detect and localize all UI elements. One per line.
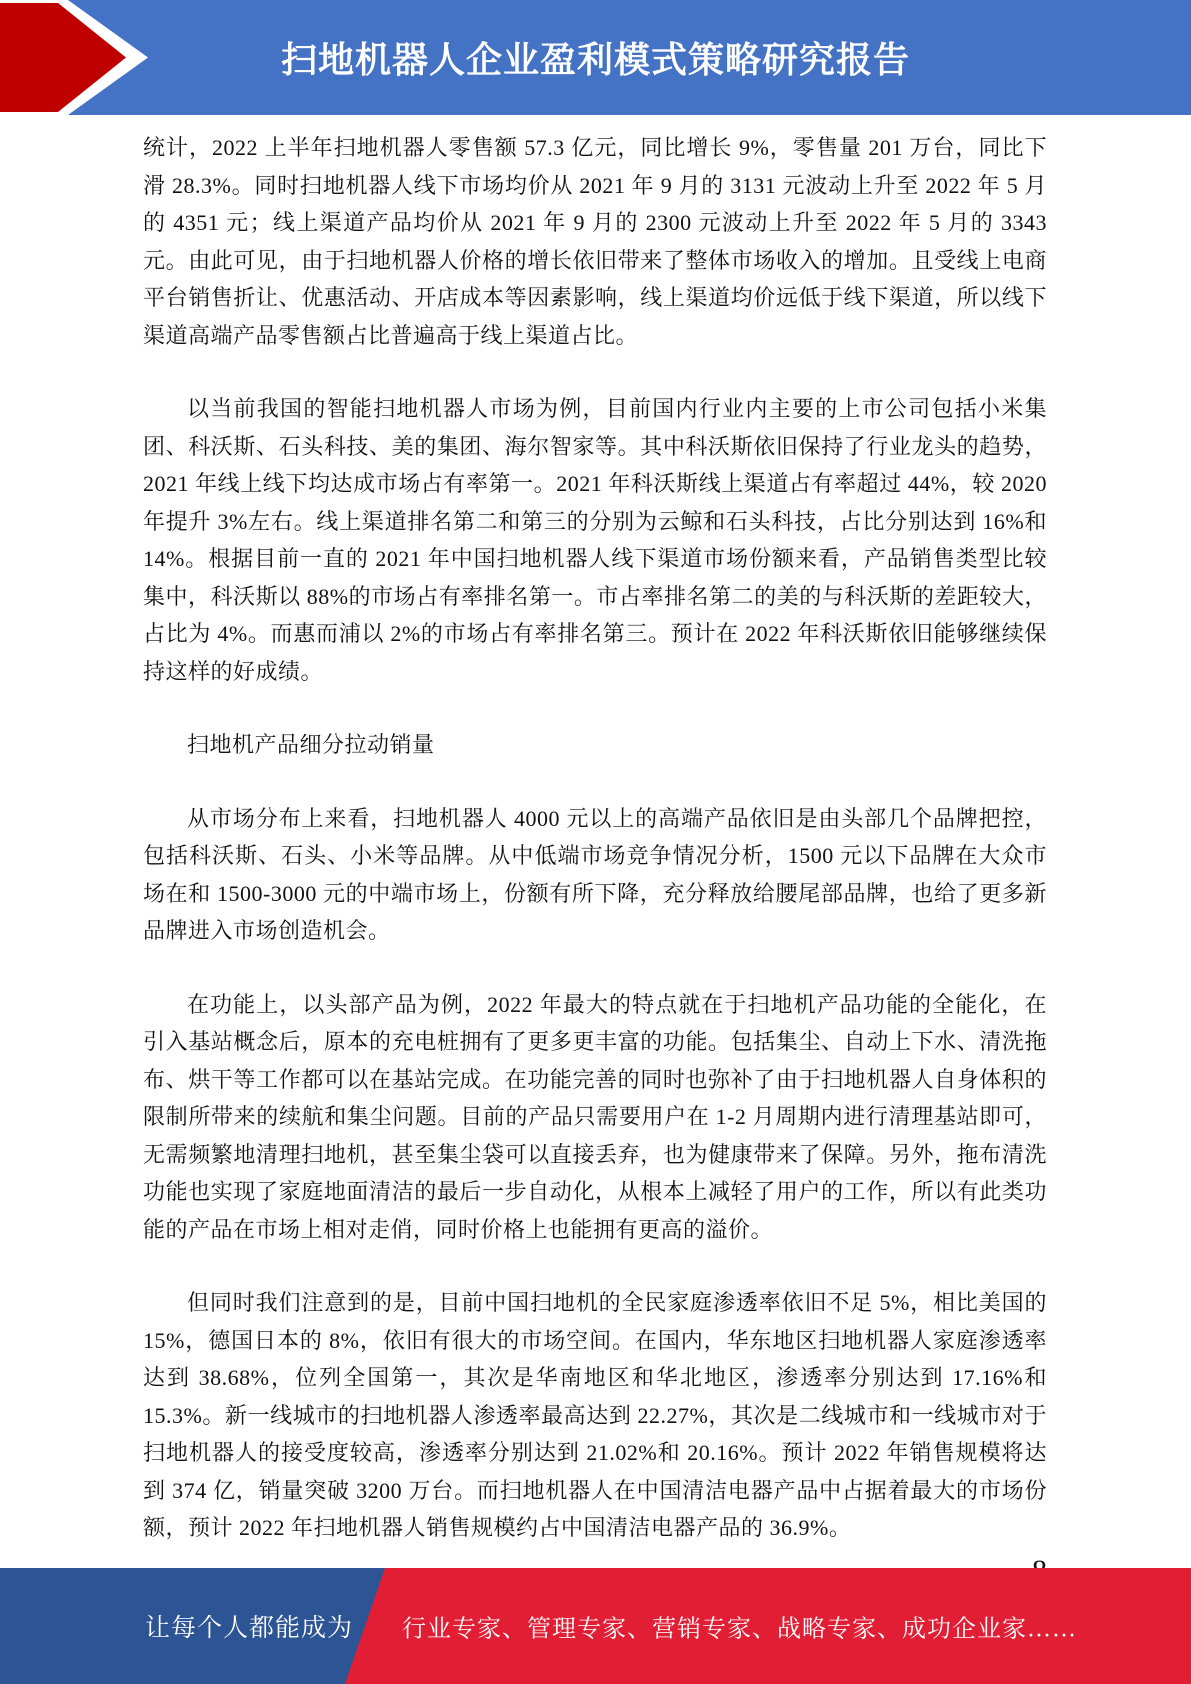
section-heading: 扫地机产品细分拉动销量 bbox=[143, 726, 1047, 764]
paragraph: 从市场分布上来看，扫地机器人 4000 元以上的高端产品依旧是由头部几个品牌把控… bbox=[143, 800, 1047, 950]
paragraph: 在功能上，以头部产品为例，2022 年最大的特点就在于扫地机产品功能的全能化，在… bbox=[143, 986, 1047, 1249]
header-banner: 扫地机器人企业盈利模式策略研究报告 bbox=[0, 0, 1191, 115]
document-body: 统计，2022 上半年扫地机器人零售额 57.3 亿元，同比增长 9%，零售量 … bbox=[0, 115, 1191, 1589]
footer-banner: 让每个人都能成为 行业专家、管理专家、营销专家、战略专家、成功企业家…… bbox=[0, 1568, 1191, 1684]
footer-slogan-left: 让每个人都能成为 bbox=[145, 1608, 353, 1644]
paragraph: 以当前我国的智能扫地机器人市场为例，目前国内行业内主要的上市公司包括小米集团、科… bbox=[143, 390, 1047, 690]
report-page: 扫地机器人企业盈利模式策略研究报告 统计，2022 上半年扫地机器人零售额 57… bbox=[0, 0, 1191, 1684]
page-title: 扫地机器人企业盈利模式策略研究报告 bbox=[0, 0, 1191, 115]
paragraph: 但同时我们注意到的是，目前中国扫地机的全民家庭渗透率依旧不足 5%，相比美国的 … bbox=[143, 1284, 1047, 1547]
paragraph: 统计，2022 上半年扫地机器人零售额 57.3 亿元，同比增长 9%，零售量 … bbox=[143, 129, 1047, 354]
footer-slogan-right: 行业专家、管理专家、营销专家、战略专家、成功企业家…… bbox=[402, 1609, 1077, 1644]
